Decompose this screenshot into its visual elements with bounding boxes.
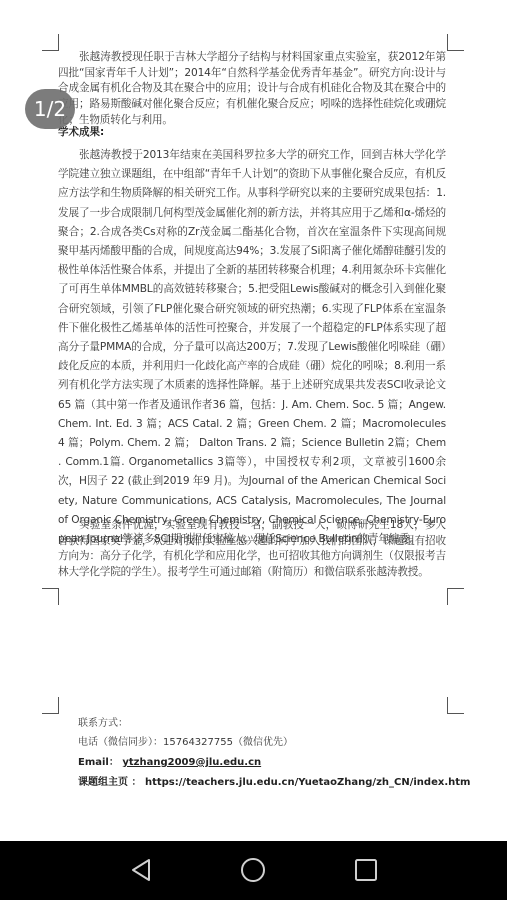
- lab-text: 实验室条件优渥，实验室现有教授一名，副教授一人，硕博研究生18人，多人曾获得国家…: [58, 518, 446, 580]
- home-icon: [240, 857, 266, 883]
- page-corner-mark: [447, 34, 464, 51]
- android-nav-bar: [0, 841, 507, 900]
- back-button[interactable]: [126, 855, 156, 885]
- recents-icon: [354, 858, 378, 882]
- achievements-text: 张越涛教授于2013年结束在美国科罗拉多大学的研究工作，回到吉林大学化学学院建立…: [58, 146, 446, 549]
- page-indicator: 1/2: [25, 89, 75, 129]
- page-corner-mark: [42, 588, 59, 605]
- intro-text: 张越涛教授现任职于吉林大学超分子结构与材料国家重点实验室，获2012年第四批“国…: [58, 50, 446, 129]
- homepage-label: 课题组主页 ：: [78, 777, 141, 788]
- lab-paragraph: 实验室条件优渥，实验室现有教授一名，副教授一人，硕博研究生18人，多人曾获得国家…: [58, 518, 446, 580]
- intro-paragraph: 张越涛教授现任职于吉林大学超分子结构与材料国家重点实验室，获2012年第四批“国…: [58, 50, 446, 129]
- achievements-paragraph: 张越涛教授于2013年结束在美国科罗拉多大学的研究工作，回到吉林大学化学学院建立…: [58, 146, 446, 549]
- email-link[interactable]: ytzhang2009@jlu.edu.cn: [122, 757, 261, 768]
- homepage-link[interactable]: https://teachers.jlu.edu.cn/YuetaoZhang/…: [145, 777, 470, 788]
- back-icon: [130, 858, 152, 882]
- homepage-line: 课题组主页 ： https://teachers.jlu.edu.cn/Yuet…: [78, 773, 470, 788]
- email-label: Email：: [78, 757, 119, 768]
- document-viewer[interactable]: 张越涛教授现任职于吉林大学超分子结构与材料国家重点实验室，获2012年第四批“国…: [0, 0, 507, 841]
- page-corner-mark: [42, 34, 59, 51]
- home-button[interactable]: [238, 855, 268, 885]
- page-corner-mark: [447, 588, 464, 605]
- page-corner-mark: [42, 697, 59, 714]
- phone-line: 电话（微信同步）：15764327755（微信优先）: [78, 733, 293, 748]
- contact-label: 联系方式：: [78, 714, 128, 729]
- email-line: Email： ytzhang2009@jlu.edu.cn: [78, 753, 261, 768]
- page-corner-mark: [447, 697, 464, 714]
- recents-button[interactable]: [351, 855, 381, 885]
